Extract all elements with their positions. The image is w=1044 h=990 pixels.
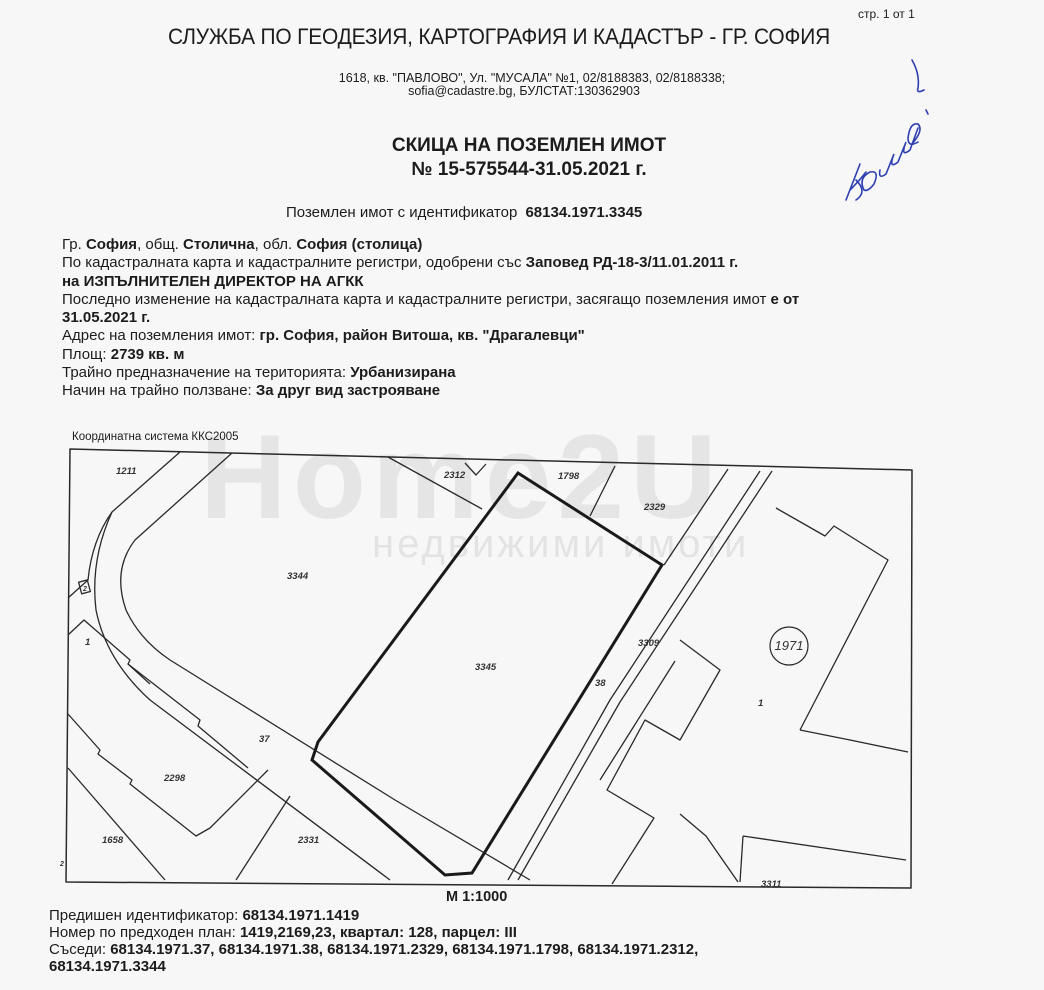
previous-plan-value: 1419,2169,23, квартал: 128, парцел: III xyxy=(240,924,517,941)
previous-id-value: 68134.1971.1419 xyxy=(242,907,359,924)
neighbors-line-2: 68134.1971.3344 xyxy=(49,958,698,975)
previous-id-label: Предишен идентификатор: xyxy=(49,907,238,924)
cadastral-map: 1971 1211 2312 1798 2329 3344 3345 3309 … xyxy=(0,0,1044,990)
parcel-2331: 2331 xyxy=(297,835,319,846)
parcel-2329: 2329 xyxy=(643,502,666,513)
parcel-2312: 2312 xyxy=(443,470,466,481)
parcel-2: 2 xyxy=(82,586,87,593)
quarter-number: 1971 xyxy=(775,638,804,653)
neighbors-value-2: 68134.1971.3344 xyxy=(49,958,166,975)
parcel-2298: 2298 xyxy=(163,773,186,784)
parcel-1658: 1658 xyxy=(102,835,124,846)
parcel-38: 38 xyxy=(595,678,606,689)
previous-id-line: Предишен идентификатор: 68134.1971.1419 xyxy=(49,907,698,924)
parcel-1211: 1211 xyxy=(116,466,136,477)
parcel-1-right: 1 xyxy=(758,698,763,709)
parcel-1798: 1798 xyxy=(558,471,580,482)
parcel-3344: 3344 xyxy=(287,571,309,582)
parcel-37: 37 xyxy=(259,734,270,745)
footer-info: Предишен идентификатор: 68134.1971.1419 … xyxy=(49,907,698,975)
parcel-3311: 3311 xyxy=(761,879,781,890)
previous-plan-line: Номер по предходен план: 1419,2169,23, к… xyxy=(49,924,698,941)
parcel-2-corner: 2 xyxy=(59,861,64,868)
neighbors-value: 68134.1971.37, 68134.1971.38, 68134.1971… xyxy=(110,941,698,958)
neighbors-line: Съседи: 68134.1971.37, 68134.1971.38, 68… xyxy=(49,941,698,958)
parcel-3309: 3309 xyxy=(638,638,660,649)
parcel-1-left: 1 xyxy=(85,637,90,648)
previous-plan-label: Номер по предходен план: xyxy=(49,924,236,941)
neighbors-label: Съседи: xyxy=(49,941,106,958)
map-scale: М 1:1000 xyxy=(446,889,507,905)
parcel-3345: 3345 xyxy=(475,662,497,673)
